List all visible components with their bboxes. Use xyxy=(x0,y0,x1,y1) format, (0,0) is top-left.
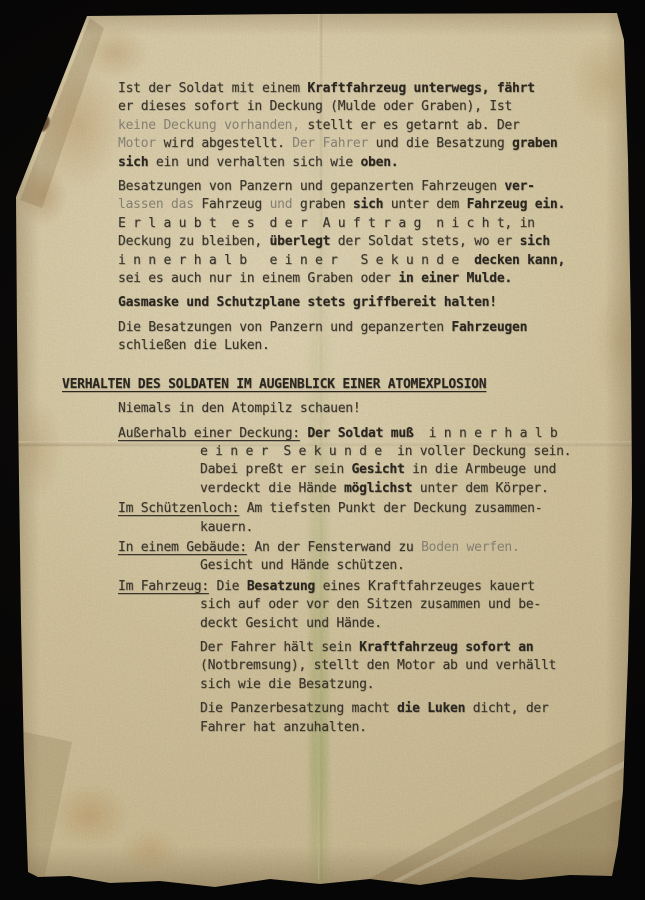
text-segment: schließen die Luken. xyxy=(118,338,270,353)
text-segment: Ist der Soldat mit einem xyxy=(118,81,307,96)
paragraph: Im Fahrzeug: Die Besatzung eines Kraftfa… xyxy=(118,578,588,633)
text-segment: kauern. xyxy=(200,520,253,535)
text-segment: graben xyxy=(292,197,353,212)
text-segment: ver- xyxy=(504,179,534,194)
text-segment: sich xyxy=(353,197,383,212)
text-segment: die Luken xyxy=(397,701,465,716)
text-segment: wird abgestellt. xyxy=(156,136,292,151)
text-line: er dieses sofort in Deckung (Mulde oder … xyxy=(118,98,588,116)
text-line: sich wie die Besatzung. xyxy=(200,676,588,694)
text-line: Ist der Soldat mit einem Kraftfahrzeug u… xyxy=(118,80,588,98)
text-segment: sei es auch nur in einem Graben oder xyxy=(118,271,398,286)
text-segment: e i n e r S e k u n d e in voller Deckun… xyxy=(200,444,571,459)
text-segment: Gasmaske und Schutzplane stets griffbere… xyxy=(118,295,497,310)
text-line: schließen die Luken. xyxy=(118,337,588,355)
text-segment: Im Fahrzeug: xyxy=(118,579,209,594)
text-segment: Niemals in den Atompilz schauen! xyxy=(118,401,360,416)
text-line: kauern. xyxy=(118,519,588,537)
text-line: Der Fahrer hält sein Kraftfahrzeug sofor… xyxy=(200,639,588,657)
text-segment: er dieses sofort in Deckung (Mulde oder … xyxy=(118,99,512,114)
text-segment: Fahrer hat anzuhalten. xyxy=(200,720,367,735)
text-line: Besatzungen von Panzern und gepanzerten … xyxy=(118,178,588,196)
text-segment: Gesicht und Hände schützen. xyxy=(200,558,405,573)
paragraph: Im Schützenloch: Am tiefsten Punkt der D… xyxy=(118,500,588,537)
paragraph: In einem Gebäude: An der Fensterwand zu … xyxy=(118,539,588,576)
text-segment: (Notbremsung), stellt den Motor ab und v… xyxy=(200,658,556,673)
text-line: sei es auch nur in einem Graben oder in … xyxy=(118,270,588,288)
text-segment: i n n e r h a l b e i n e r S e k u n d … xyxy=(118,253,474,268)
text-segment: An der Fensterwand zu xyxy=(247,540,421,555)
text-line: e i n e r S e k u n d e in voller Deckun… xyxy=(118,443,588,461)
text-segment: sich xyxy=(118,155,148,170)
text-line: sich ein und verhalten sich wie oben. xyxy=(118,154,588,172)
text-segment: Die Besatzungen von Panzern und gepanzer… xyxy=(118,320,451,335)
text-segment: Kraftfahrzeug sofort an xyxy=(359,640,533,655)
typewritten-text: Ist der Soldat mit einem Kraftfahrzeug u… xyxy=(118,80,588,737)
text-line: Fahrer hat anzuhalten. xyxy=(200,719,588,737)
text-segment: oben. xyxy=(360,155,398,170)
text-line: Deckung zu bleiben, überlegt der Soldat … xyxy=(118,233,588,251)
text-segment: Außerhalb einer Deckung: xyxy=(118,426,300,441)
text-segment: keine Deckung vorhanden, xyxy=(118,118,300,133)
text-line: (Notbremsung), stellt den Motor ab und v… xyxy=(200,657,588,675)
stain-left-upper xyxy=(8,150,78,240)
text-segment: unter dem Körper. xyxy=(412,481,548,496)
text-segment: und die Besatzung xyxy=(368,136,512,151)
text-segment: Besatzung xyxy=(247,579,315,594)
text-line: Niemals in den Atompilz schauen! xyxy=(118,400,588,418)
text-segment: sich auf oder vor den Sitzen zusammen un… xyxy=(200,597,541,612)
text-segment: In einem Gebäude: xyxy=(118,540,247,555)
stain-left-middle xyxy=(2,380,72,520)
text-segment: in einer Mulde. xyxy=(398,271,512,286)
paragraph: Niemals in den Atompilz schauen! xyxy=(118,400,588,418)
text-line: VERHALTEN DES SOLDATEN IM AUGENBLICK EIN… xyxy=(62,376,588,394)
text-segment: der Soldat stets, wo er xyxy=(330,234,519,249)
text-line: deckt Gesicht und Hände. xyxy=(118,615,588,633)
text-segment: Fahrzeug xyxy=(194,197,270,212)
text-segment: möglichst xyxy=(344,481,412,496)
text-segment: Die Panzerbesatzung macht xyxy=(200,701,397,716)
text-line: Gasmaske und Schutzplane stets griffbere… xyxy=(118,294,588,312)
text-segment: deckt Gesicht und Hände. xyxy=(200,616,382,631)
text-segment: Motor xyxy=(118,136,156,151)
text-segment: Fahrzeugen xyxy=(451,320,527,335)
text-segment: Kraftfahrzeug unterwegs, fährt xyxy=(307,81,534,96)
text-segment: ein und verhalten sich wie xyxy=(148,155,360,170)
text-segment: i n n e r h a l b xyxy=(414,426,558,441)
text-segment: graben xyxy=(512,136,557,151)
paragraph: Der Fahrer hält sein Kraftfahrzeug sofor… xyxy=(200,639,588,694)
text-line: E r l a u b t e s d e r A u f t r a g n … xyxy=(118,215,588,233)
text-segment: Der Soldat muß xyxy=(307,426,413,441)
text-segment: und xyxy=(270,197,293,212)
paragraph: Besatzungen von Panzern und gepanzerten … xyxy=(118,178,588,288)
text-segment: Die xyxy=(209,579,247,594)
text-line: Außerhalb einer Deckung: Der Soldat muß … xyxy=(118,425,588,443)
text-segment: überlegt xyxy=(270,234,331,249)
text-line: keine Deckung vorhanden, stellt er es ge… xyxy=(118,117,588,135)
text-line: Gesicht und Hände schützen. xyxy=(118,557,588,575)
text-segment: Boden werfen. xyxy=(421,540,520,555)
paragraph: Gasmaske und Schutzplane stets griffbere… xyxy=(118,294,588,312)
text-segment: unter dem xyxy=(383,197,466,212)
text-segment: eines Kraftfahrzeuges kauert xyxy=(315,579,535,594)
text-line: i n n e r h a l b e i n e r S e k u n d … xyxy=(118,252,588,270)
text-segment: sich wie die Besatzung. xyxy=(200,677,374,692)
text-segment: Im Schützenloch: xyxy=(118,501,239,516)
text-segment: Deckung zu bleiben, xyxy=(118,234,270,249)
text-segment: verdeckt die Hände xyxy=(200,481,344,496)
paragraph: Ist der Soldat mit einem Kraftfahrzeug u… xyxy=(118,80,588,172)
paragraph: Außerhalb einer Deckung: Der Soldat muß … xyxy=(118,425,588,499)
text-segment: in die Armbeuge und xyxy=(405,462,557,477)
text-line: sich auf oder vor den Sitzen zusammen un… xyxy=(118,596,588,614)
text-segment: Dabei preßt er sein xyxy=(200,462,352,477)
text-segment: Am tiefsten Punkt der Deckung zusammen- xyxy=(239,501,542,516)
text-segment: VERHALTEN DES SOLDATEN IM AUGENBLICK EIN… xyxy=(62,377,486,392)
paragraph: Die Panzerbesatzung macht die Luken dich… xyxy=(200,700,588,737)
text-segment: stellt er es getarnt ab. Der xyxy=(300,118,520,133)
text-line: Dabei preßt er sein Gesicht in die Armbe… xyxy=(118,461,588,479)
section-heading: VERHALTEN DES SOLDATEN IM AUGENBLICK EIN… xyxy=(62,376,588,394)
text-line: verdeckt die Hände möglichst unter dem K… xyxy=(118,480,588,498)
stain-right xyxy=(585,260,645,420)
text-line: Die Besatzungen von Panzern und gepanzer… xyxy=(118,319,588,337)
text-segment: decken kann, xyxy=(474,253,565,268)
text-line: Die Panzerbesatzung macht die Luken dich… xyxy=(200,700,588,718)
text-line: Im Fahrzeug: Die Besatzung eines Kraftfa… xyxy=(118,578,588,596)
photo-stage: Ist der Soldat mit einem Kraftfahrzeug u… xyxy=(0,0,645,900)
text-segment: dicht, der xyxy=(465,701,548,716)
stain-bottom xyxy=(110,820,190,880)
text-segment: sich xyxy=(520,234,550,249)
text-line: In einem Gebäude: An der Fensterwand zu … xyxy=(118,539,588,557)
stain-top xyxy=(70,18,160,88)
text-segment: Der Fahrer xyxy=(292,136,368,151)
text-segment: Besatzungen von Panzern und gepanzerten … xyxy=(118,179,504,194)
text-segment: Der Fahrer hält sein xyxy=(200,640,359,655)
paragraph: Die Besatzungen von Panzern und gepanzer… xyxy=(118,319,588,356)
text-line: Im Schützenloch: Am tiefsten Punkt der D… xyxy=(118,500,588,518)
text-segment: lassen das xyxy=(118,197,194,212)
text-segment: Fahrzeug ein. xyxy=(467,197,566,212)
text-line: lassen das Fahrzeug und graben sich unte… xyxy=(118,196,588,214)
text-segment: Gesicht xyxy=(352,462,405,477)
text-line: Motor wird abgestellt. Der Fahrer und di… xyxy=(118,135,588,153)
text-segment: E r l a u b t e s d e r A u f t r a g n … xyxy=(118,216,535,231)
